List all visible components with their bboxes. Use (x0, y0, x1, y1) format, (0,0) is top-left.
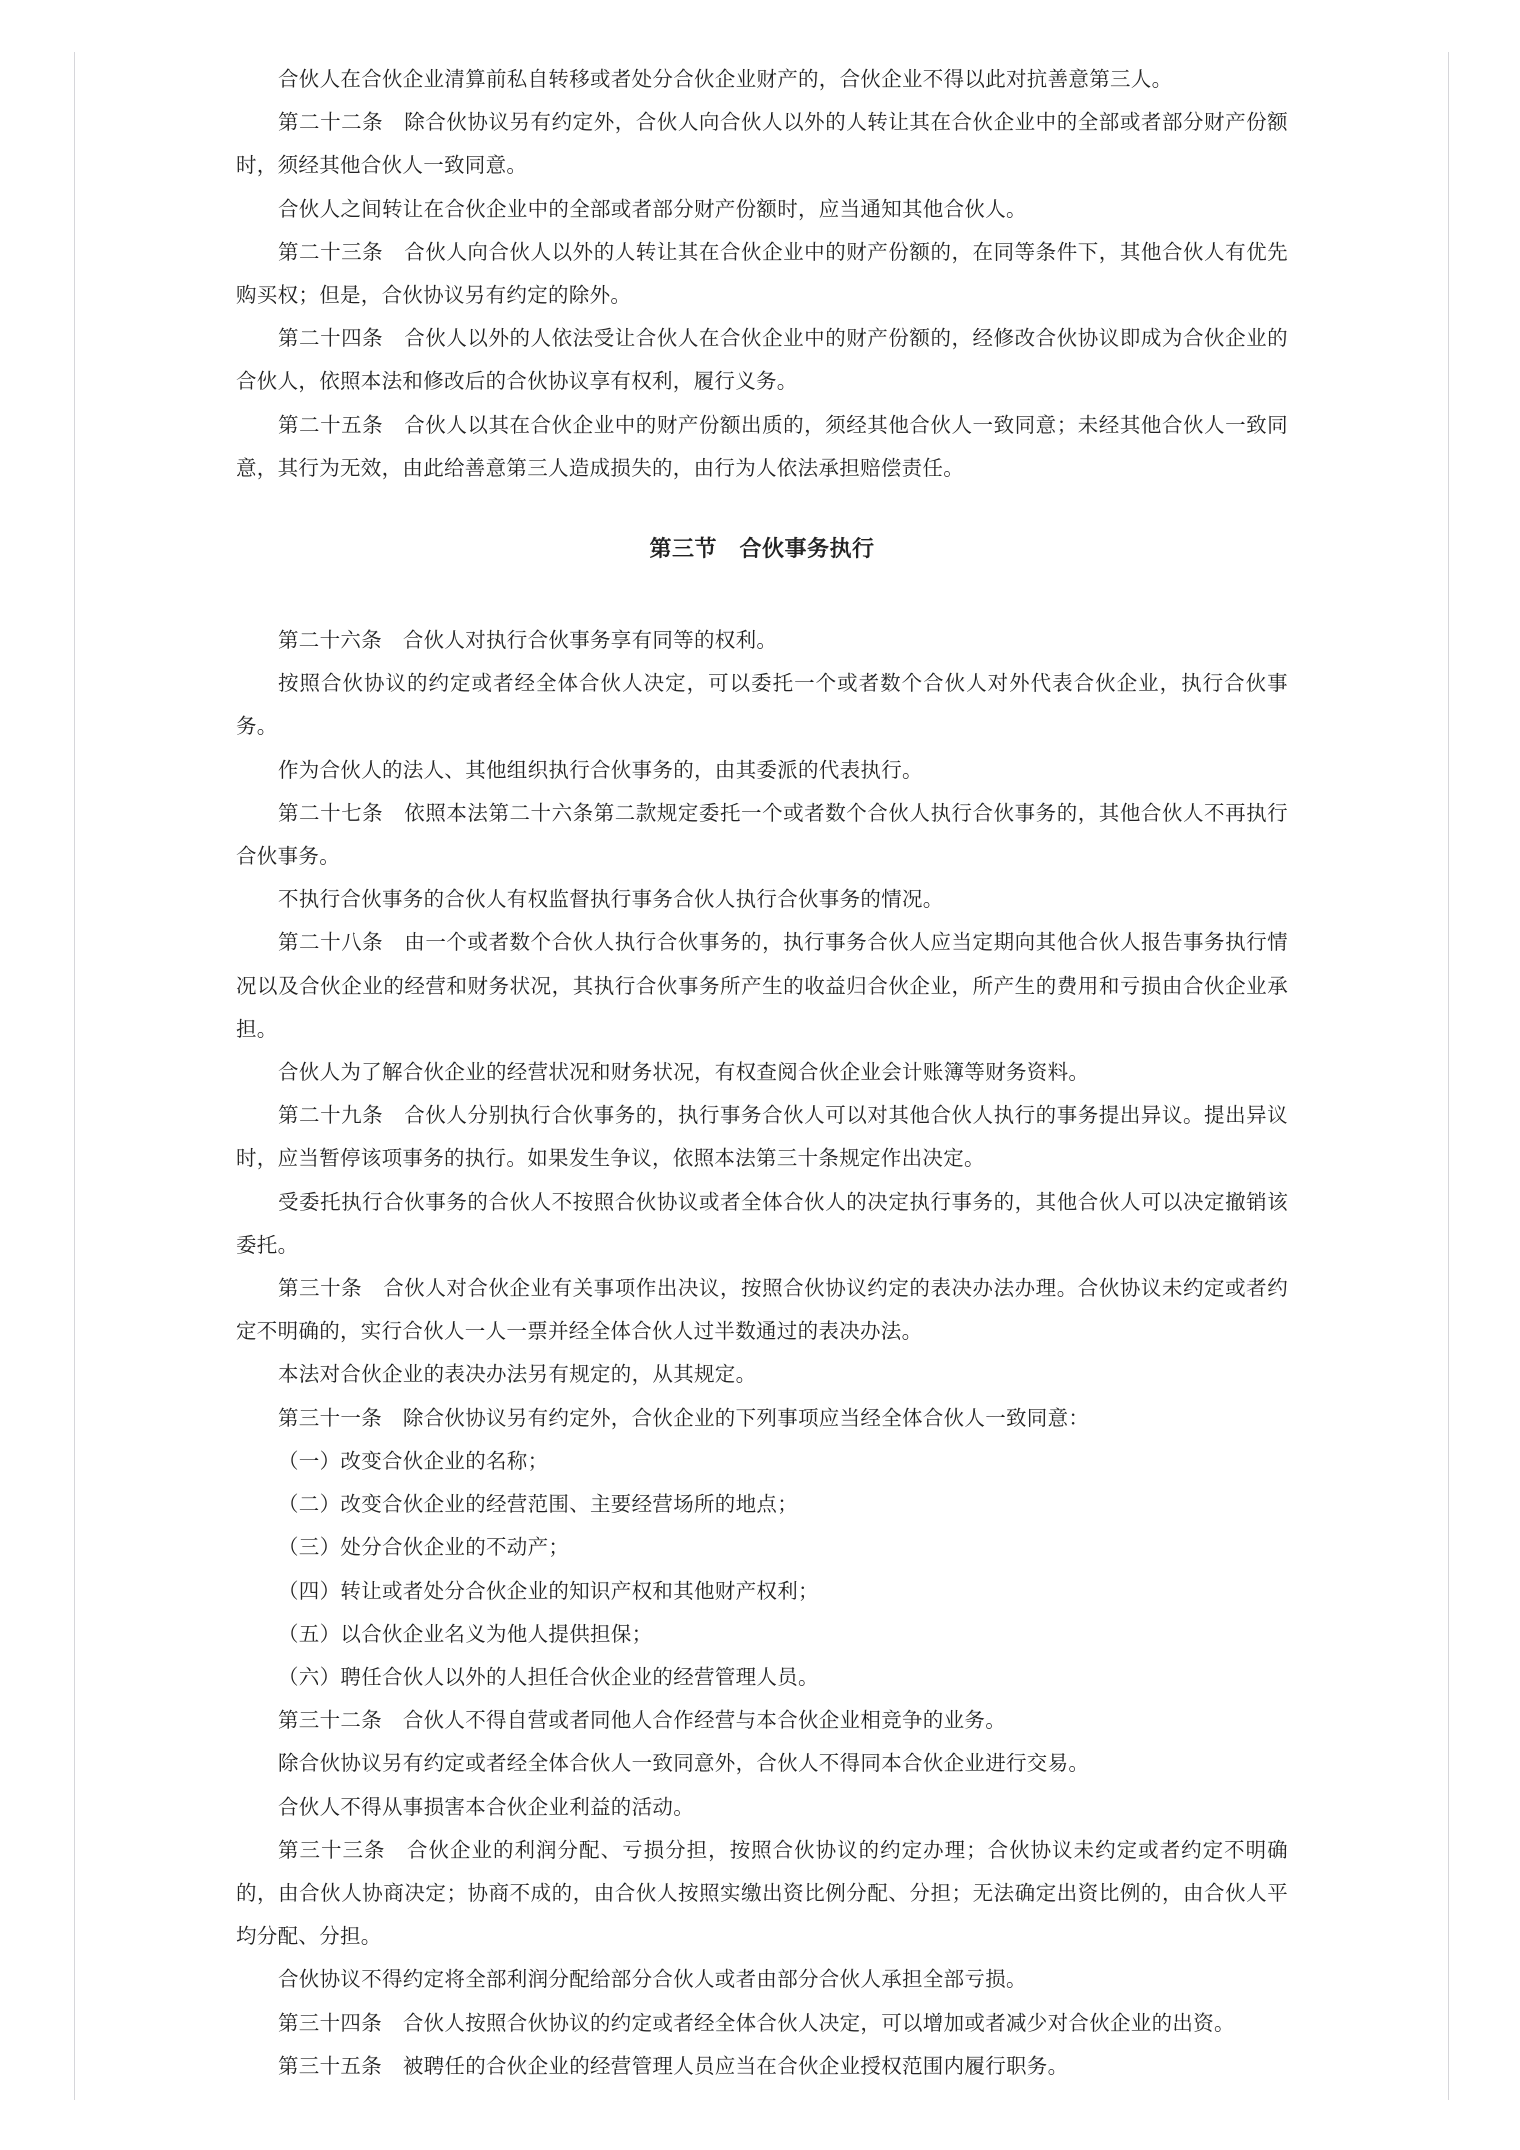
paragraph: 第三十四条 合伙人按照合伙协议的约定或者经全体合伙人决定，可以增加或者减少对合伙… (236, 2002, 1288, 2045)
list-item: （二）改变合伙企业的经营范围、主要经营场所的地点； (236, 1483, 1288, 1526)
article-number: 第三十四条 (278, 2011, 403, 2035)
list-item: （六）聘任合伙人以外的人担任合伙企业的经营管理人员。 (236, 1656, 1288, 1699)
article-number: 第三十条 (278, 1276, 383, 1300)
article-number: 第三十三条 (278, 1838, 407, 1862)
paragraph: 合伙人在合伙企业清算前私自转移或者处分合伙企业财产的，合伙企业不得以此对抗善意第… (236, 58, 1288, 101)
paragraph: 受委托执行合伙事务的合伙人不按照合伙协议或者全体合伙人的决定执行事务的，其他合伙… (236, 1181, 1288, 1267)
paragraph-text: 受委托执行合伙事务的合伙人不按照合伙协议或者全体合伙人的决定执行事务的，其他合伙… (236, 1190, 1288, 1257)
paragraph-group-after-section: 第二十六条 合伙人对执行合伙事务享有同等的权利。 按照合伙协议的约定或者经全体合… (236, 619, 1288, 2088)
article-number: 第二十九条 (278, 1103, 404, 1127)
page-border-left (74, 52, 75, 2100)
article-number: 第三十五条 (278, 2054, 403, 2078)
paragraph-group-before-section: 合伙人在合伙企业清算前私自转移或者处分合伙企业财产的，合伙企业不得以此对抗善意第… (236, 58, 1288, 490)
list-item-text: （五）以合伙企业名义为他人提供担保； (278, 1622, 652, 1646)
paragraph: 本法对合伙企业的表决办法另有规定的，从其规定。 (236, 1353, 1288, 1396)
article-number: 第二十四条 (278, 326, 404, 350)
article-number: 第二十三条 (278, 240, 404, 264)
paragraph: 合伙人为了解合伙企业的经营状况和财务状况，有权查阅合伙企业会计账簿等财务资料。 (236, 1051, 1288, 1094)
list-item-text: （二）改变合伙企业的经营范围、主要经营场所的地点； (278, 1492, 798, 1516)
paragraph: 合伙协议不得约定将全部利润分配给部分合伙人或者由部分合伙人承担全部亏损。 (236, 1958, 1288, 2001)
paragraph-text: 合伙人按照合伙协议的约定或者经全体合伙人决定，可以增加或者减少对合伙企业的出资。 (403, 2011, 1235, 2035)
paragraph-text: 本法对合伙企业的表决办法另有规定的，从其规定。 (278, 1362, 756, 1386)
paragraph: 第二十二条 除合伙协议另有约定外，合伙人向合伙人以外的人转让其在合伙企业中的全部… (236, 101, 1288, 187)
paragraph: 第三十三条 合伙企业的利润分配、亏损分担，按照合伙协议的约定办理；合伙协议未约定… (236, 1829, 1288, 1959)
paragraph-text: 合伙人对合伙企业有关事项作出决议，按照合伙协议约定的表决办法办理。合伙协议未约定… (236, 1276, 1288, 1343)
paragraph-text: 合伙人为了解合伙企业的经营状况和财务状况，有权查阅合伙企业会计账簿等财务资料。 (278, 1060, 1089, 1084)
article-number: 第三十二条 (278, 1708, 403, 1732)
paragraph-text: 合伙协议不得约定将全部利润分配给部分合伙人或者由部分合伙人承担全部亏损。 (278, 1967, 1027, 1991)
paragraph: 第三十一条 除合伙协议另有约定外，合伙企业的下列事项应当经全体合伙人一致同意： (236, 1397, 1288, 1440)
paragraph: 除合伙协议另有约定或者经全体合伙人一致同意外，合伙人不得同本合伙企业进行交易。 (236, 1742, 1288, 1785)
list-item: （四）转让或者处分合伙企业的知识产权和其他财产权利； (236, 1570, 1288, 1613)
list-item-text: （六）聘任合伙人以外的人担任合伙企业的经营管理人员。 (278, 1665, 819, 1689)
article-number: 第二十二条 (278, 110, 404, 134)
paragraph: 第二十三条 合伙人向合伙人以外的人转让其在合伙企业中的财产份额的，在同等条件下，… (236, 231, 1288, 317)
paragraph: 第二十九条 合伙人分别执行合伙事务的，执行事务合伙人可以对其他合伙人执行的事务提… (236, 1094, 1288, 1180)
paragraph-text: 合伙人之间转让在合伙企业中的全部或者部分财产份额时，应当通知其他合伙人。 (278, 197, 1027, 221)
page-border-right (1448, 52, 1449, 2100)
paragraph: 第三十二条 合伙人不得自营或者同他人合作经营与本合伙企业相竞争的业务。 (236, 1699, 1288, 1742)
paragraph: 第二十六条 合伙人对执行合伙事务享有同等的权利。 (236, 619, 1288, 662)
paragraph-text: 作为合伙人的法人、其他组织执行合伙事务的，由其委派的代表执行。 (278, 758, 923, 782)
paragraph-text: 合伙人对执行合伙事务享有同等的权利。 (403, 628, 777, 652)
paragraph: 合伙人不得从事损害本合伙企业利益的活动。 (236, 1786, 1288, 1829)
article-number: 第二十七条 (278, 801, 404, 825)
list-item-text: （四）转让或者处分合伙企业的知识产权和其他财产权利； (278, 1579, 819, 1603)
paragraph-text: 按照合伙协议的约定或者经全体合伙人决定，可以委托一个或者数个合伙人对外代表合伙企… (236, 671, 1288, 738)
paragraph-text: 除合伙协议另有约定或者经全体合伙人一致同意外，合伙人不得同本合伙企业进行交易。 (278, 1751, 1089, 1775)
article-number: 第二十八条 (278, 930, 404, 954)
paragraph-text: 被聘任的合伙企业的经营管理人员应当在合伙企业授权范围内履行职务。 (403, 2054, 1069, 2078)
paragraph: 作为合伙人的法人、其他组织执行合伙事务的，由其委派的代表执行。 (236, 749, 1288, 792)
paragraph-text: 合伙人在合伙企业清算前私自转移或者处分合伙企业财产的，合伙企业不得以此对抗善意第… (278, 67, 1172, 91)
list-item: （五）以合伙企业名义为他人提供担保； (236, 1613, 1288, 1656)
list-item: （一）改变合伙企业的名称； (236, 1440, 1288, 1483)
paragraph: 第二十八条 由一个或者数个合伙人执行合伙事务的，执行事务合伙人应当定期向其他合伙… (236, 921, 1288, 1051)
paragraph: 不执行合伙事务的合伙人有权监督执行事务合伙人执行合伙事务的情况。 (236, 878, 1288, 921)
paragraph-text: 不执行合伙事务的合伙人有权监督执行事务合伙人执行合伙事务的情况。 (278, 887, 944, 911)
article-number: 第二十六条 (278, 628, 403, 652)
paragraph: 第二十五条 合伙人以其在合伙企业中的财产份额出质的，须经其他合伙人一致同意；未经… (236, 404, 1288, 490)
paragraph: 第三十五条 被聘任的合伙企业的经营管理人员应当在合伙企业授权范围内履行职务。 (236, 2045, 1288, 2088)
paragraph: 第二十七条 依照本法第二十六条第二款规定委托一个或者数个合伙人执行合伙事务的，其… (236, 792, 1288, 878)
paragraph: 合伙人之间转让在合伙企业中的全部或者部分财产份额时，应当通知其他合伙人。 (236, 188, 1288, 231)
section-heading: 第三节 合伙事务执行 (236, 490, 1288, 619)
paragraph-text: 合伙人不得从事损害本合伙企业利益的活动。 (278, 1795, 694, 1819)
paragraph: 第二十四条 合伙人以外的人依法受让合伙人在合伙企业中的财产份额的，经修改合伙协议… (236, 317, 1288, 403)
paragraph: 按照合伙协议的约定或者经全体合伙人决定，可以委托一个或者数个合伙人对外代表合伙企… (236, 662, 1288, 748)
paragraph-text: 除合伙协议另有约定外，合伙企业的下列事项应当经全体合伙人一致同意： (403, 1406, 1089, 1430)
list-item-text: （三）处分合伙企业的不动产； (278, 1535, 569, 1559)
paragraph: 第三十条 合伙人对合伙企业有关事项作出决议，按照合伙协议约定的表决办法办理。合伙… (236, 1267, 1288, 1353)
article-number: 第二十五条 (278, 413, 404, 437)
paragraph-text: 合伙人不得自营或者同他人合作经营与本合伙企业相竞争的业务。 (403, 1708, 1006, 1732)
list-item: （三）处分合伙企业的不动产； (236, 1526, 1288, 1569)
article-number: 第三十一条 (278, 1406, 403, 1430)
document-body: 合伙人在合伙企业清算前私自转移或者处分合伙企业财产的，合伙企业不得以此对抗善意第… (236, 58, 1288, 2088)
list-item-text: （一）改变合伙企业的名称； (278, 1449, 548, 1473)
